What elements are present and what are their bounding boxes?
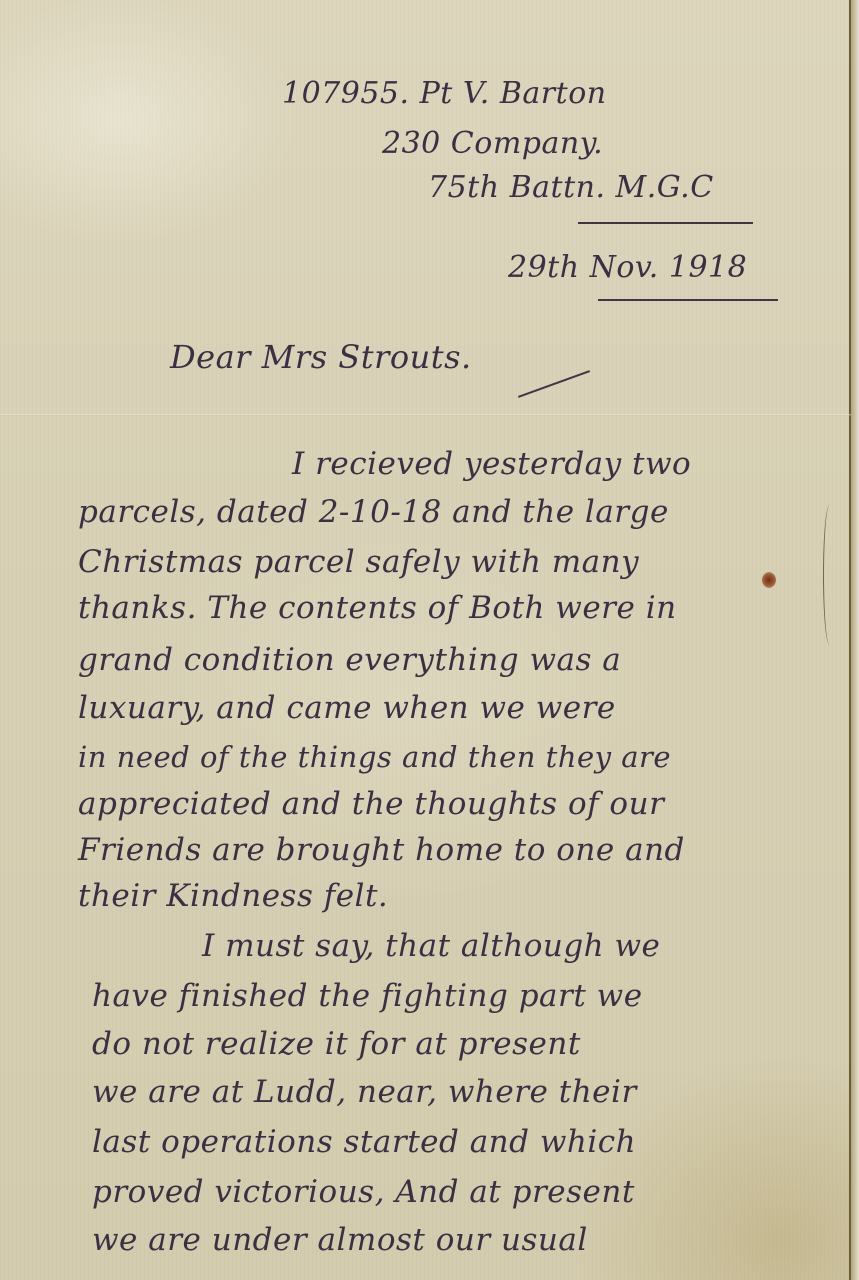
page-edge (851, 0, 859, 1280)
ink-stain (762, 572, 776, 588)
body-line: last operations started and which (92, 1124, 636, 1160)
company-line: 230 Company. (382, 126, 603, 161)
body-line: I must say, that although we (202, 928, 660, 964)
body-line: in need of the things and then they are (78, 740, 671, 774)
body-line: their Kindness felt. (78, 878, 388, 914)
body-line: do not realize it for at present (92, 1026, 581, 1062)
battalion-line: 75th Battn. M.G.C (428, 170, 714, 205)
body-line: we are under almost our usual (92, 1222, 588, 1258)
fold-line (0, 414, 851, 416)
body-line: luxuary, and came when we were (78, 690, 616, 726)
body-line: proved victorious, And at present (92, 1174, 635, 1210)
body-line: parcels, dated 2-10-18 and the large (78, 494, 669, 530)
margin-mark (823, 505, 836, 645)
body-line: we are at Ludd, near, where their (92, 1074, 637, 1110)
service-number-line: 107955. Pt V. Barton (282, 76, 607, 111)
body-line: thanks. The contents of Both were in (78, 590, 677, 626)
body-line: have finished the fighting part we (92, 978, 643, 1014)
body-line: appreciated and the thoughts of our (78, 786, 664, 822)
letter-date: 29th Nov. 1918 (508, 250, 747, 285)
body-line: I recieved yesterday two (292, 446, 691, 482)
battalion-underline (578, 222, 753, 224)
date-underline (598, 299, 778, 301)
body-line: grand condition everything was a (78, 642, 621, 678)
body-line: Friends are brought home to one and (78, 832, 685, 868)
salutation: Dear Mrs Strouts. (170, 338, 472, 376)
body-line: Christmas parcel safely with many (78, 544, 639, 580)
